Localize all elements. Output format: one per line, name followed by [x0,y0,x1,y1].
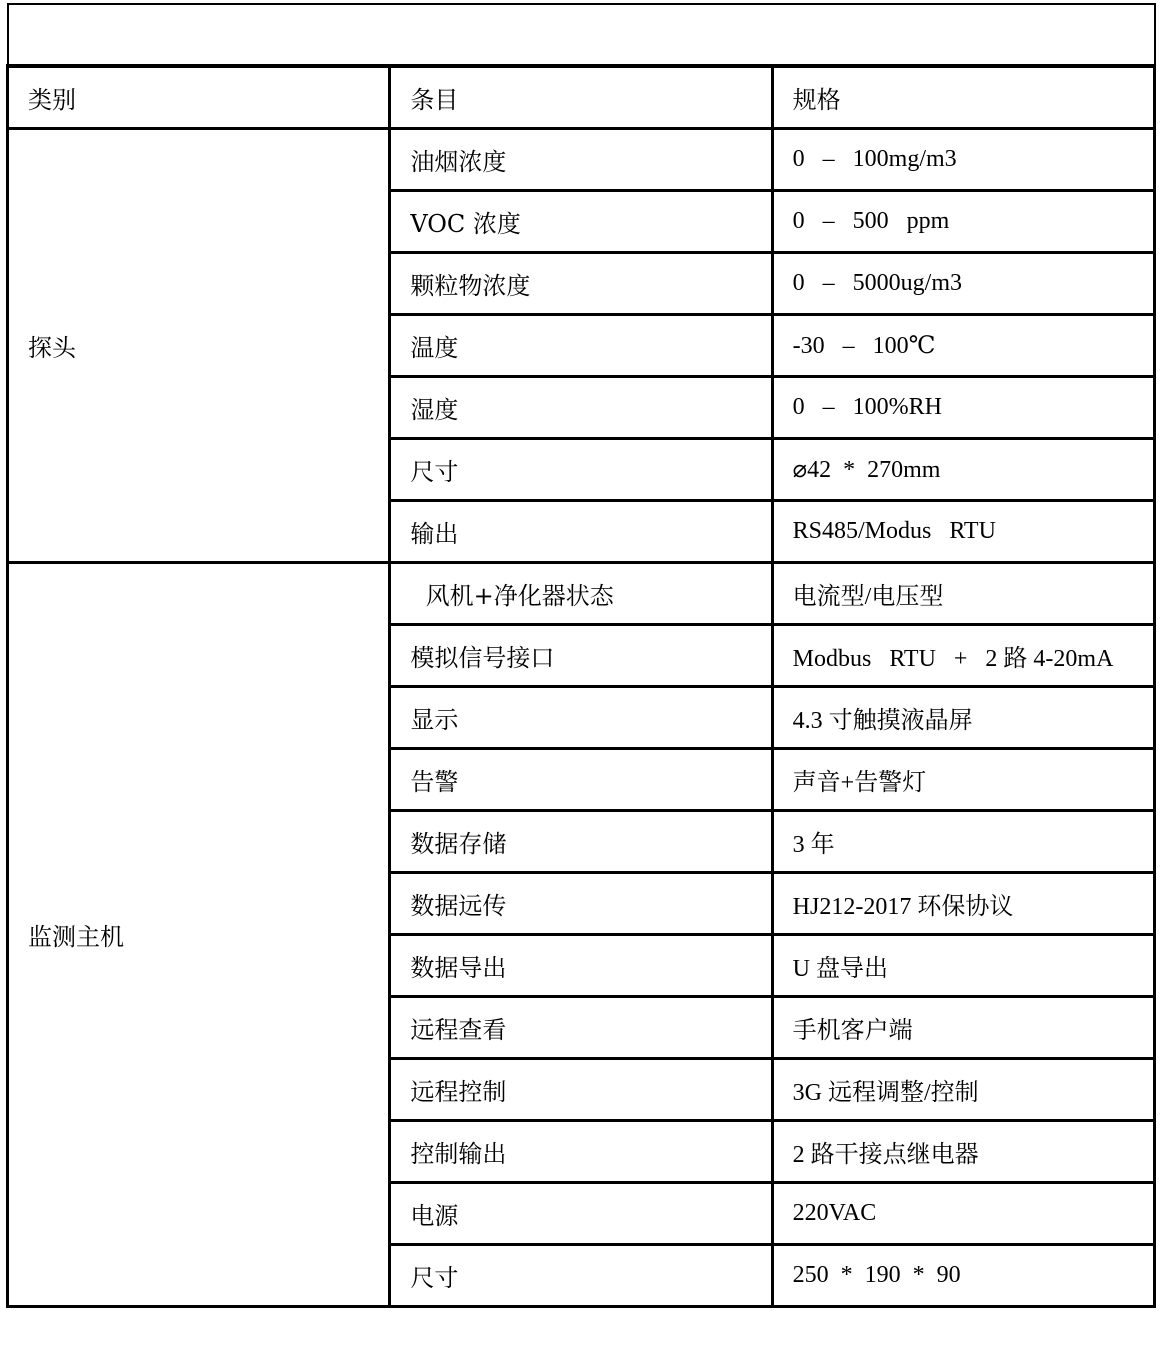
item-cell: 告警 [390,749,772,811]
item-cell: 控制输出 [390,1121,772,1183]
spec-cell: 2 路干接点继电器 [772,1121,1154,1183]
item-cell: 数据存储 [390,811,772,873]
header-category: 类别 [8,66,390,129]
spec-cell: 4.3 寸触摸液晶屏 [772,687,1154,749]
item-cell: 湿度 [390,377,772,439]
spec-cell: 0 – 100%RH [772,377,1154,439]
item-cell: VOC 浓度 [390,191,772,253]
spec-cell: 0 – 5000ug/m3 [772,253,1154,315]
header-spec: 规格 [772,66,1154,129]
item-cell: 油烟浓度 [390,129,772,191]
table-row: 监测主机 风机+净化器状态 电流型/电压型 [8,563,1155,625]
item-cell: 电源 [390,1183,772,1245]
item-cell: 颗粒物浓度 [390,253,772,315]
header-row: 类别 条目 规格 [8,66,1155,129]
item-cell: 远程查看 [390,997,772,1059]
spec-cell: 0 – 100mg/m3 [772,129,1154,191]
item-cell: 尺寸 [390,1245,772,1307]
spec-cell: 250 * 190 * 90 [772,1245,1154,1307]
item-cell: 数据远传 [390,873,772,935]
item-cell: 输出 [390,501,772,563]
spec-cell: U 盘导出 [772,935,1154,997]
spec-cell: Modbus RTU + 2 路 4-20mA [772,625,1154,687]
category-host: 监测主机 [8,563,390,1307]
table-row: 探头 油烟浓度 0 – 100mg/m3 [8,129,1155,191]
spec-table: 类别 条目 规格 探头 油烟浓度 0 – 100mg/m3 VOC 浓度 0 –… [6,3,1156,1308]
item-cell: 温度 [390,315,772,377]
table-title [8,4,1155,66]
item-cell: 显示 [390,687,772,749]
spec-cell: 220VAC [772,1183,1154,1245]
item-cell: 尺寸 [390,439,772,501]
item-cell: 风机+净化器状态 [390,563,772,625]
spec-cell: HJ212-2017 环保协议 [772,873,1154,935]
category-probe: 探头 [8,129,390,563]
spec-cell: RS485/Modus RTU [772,501,1154,563]
item-cell: 数据导出 [390,935,772,997]
spec-cell: 3G 远程调整/控制 [772,1059,1154,1121]
spec-cell: 声音+告警灯 [772,749,1154,811]
spec-cell: 电流型/电压型 [772,563,1154,625]
spec-cell: 0 – 500 ppm [772,191,1154,253]
spec-cell: 3 年 [772,811,1154,873]
item-cell: 远程控制 [390,1059,772,1121]
title-row [8,4,1155,66]
spec-cell: -30 – 100℃ [772,315,1154,377]
item-cell: 模拟信号接口 [390,625,772,687]
spec-cell: ⌀42 * 270mm [772,439,1154,501]
spec-cell: 手机客户端 [772,997,1154,1059]
header-item: 条目 [390,66,772,129]
